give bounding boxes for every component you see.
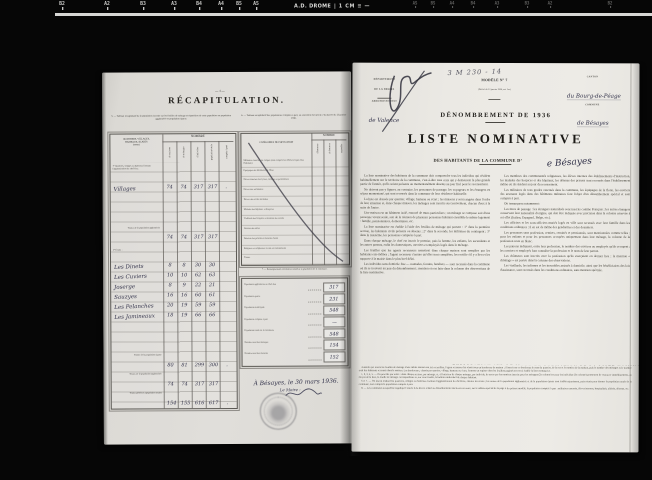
- dotted-leader: [308, 342, 321, 349]
- film-ruler: B2A2B3A3B4A4B5A5 A.D. DROME | 1 CM ≡ — A…: [0, 0, 652, 17]
- paragraph: Une maison est un bâtiment isolé, entour…: [360, 211, 490, 224]
- column-header: d'individus: [190, 141, 204, 162]
- column-header: comptés à part: [218, 141, 233, 162]
- microfilm-scan-viewport: B2A2B3A3B4A4B5A5 A.D. DROME | 1 CM ≡ — A…: [0, 0, 652, 480]
- ruler-tick-label-faint: B3: [525, 1, 530, 6]
- handwritten-slash: [241, 133, 349, 265]
- ruler-tick-label: A2: [104, 1, 110, 6]
- paragraph: Dans chaque ménage, le chef est inscrit …: [360, 239, 490, 248]
- liste-nominative-title: LISTE NOMINATIVE: [352, 131, 639, 148]
- divider: [479, 164, 511, 165]
- dotted-leader: [308, 295, 321, 302]
- subtotal-row: 74 74 317 317: [111, 232, 234, 243]
- paragraph: Les militaires de tous grades casernés d…: [500, 188, 630, 201]
- paragraph: Aussitôt que toutes les feuilles de ména…: [359, 366, 632, 373]
- dotted-leader: [308, 307, 321, 314]
- ruler-tick-label-faint: A4: [450, 1, 455, 6]
- ruler-tick-label-faint: A5: [413, 1, 418, 6]
- village-row: Villages 74 74 317 317 .: [111, 182, 234, 193]
- totals-row: Totaux de la population agglomérée 74 74…: [112, 370, 235, 390]
- dotted-leader: [308, 353, 321, 360]
- ruler-tick-label: A5: [253, 1, 259, 6]
- instructions-column-1: La liste nominative des habitants de la …: [360, 174, 490, 355]
- explanation-heading: EXPLICATION SUR LE MODE DE FORMATION DE …: [352, 358, 639, 366]
- paragraph: La liste est dressée par quartier, villa…: [360, 197, 490, 210]
- paragraph: 6 et 7. — On inscrit d'abord les quartie…: [359, 379, 632, 386]
- ruler-tick-label: B3: [140, 1, 146, 6]
- dotted-leader: [308, 318, 321, 325]
- left-page-recapitulation: — 4 — RÉCAPITULATION. 5. — Tableau récap…: [102, 71, 353, 444]
- ruler-tick-label-faint: A2: [548, 1, 553, 6]
- section6-caption: 6. — Tableau récapitulatif des populatio…: [240, 113, 347, 131]
- hamlet-row: Les Cuviers 10 10 62 63: [111, 270, 234, 281]
- hamlet-row: Sauzyes 16 16 60 61: [111, 290, 234, 301]
- value-box: 317: [323, 282, 345, 293]
- paragraph: 1, 2, 3, 4, 5. — On procède par ordre : …: [359, 373, 632, 380]
- divider: [488, 99, 500, 100]
- mairie-stamp: [260, 393, 297, 430]
- summary-row: Population éparse 231: [244, 293, 345, 305]
- ruler-tick-label-faint: B4: [471, 1, 476, 6]
- hamlet-row: Joserge 8 9 22 21: [111, 280, 234, 291]
- commune-name-handwritten: e Bésayes: [547, 156, 593, 169]
- census-year-title: DÉNOMBREMENT DE 1936: [352, 112, 639, 120]
- paragraph: Les feuilles que les agents recenseurs r…: [360, 248, 490, 261]
- paragraph: La liste nominative des habitants de la …: [360, 174, 490, 187]
- value-box: 152: [323, 351, 345, 362]
- vu-flourish-mark: [378, 66, 458, 136]
- value-box: 231: [323, 293, 345, 304]
- liste-subtitle: DES HABITANTS DE LA COMMUNE D’e Bésayes: [352, 150, 639, 169]
- section6-table: CATÉGORIES DE POPULATION NOMBRE d'hommes…: [240, 132, 350, 266]
- paragraph: Les officiers et les sous-officiers mari…: [500, 221, 630, 230]
- paragraph: 8. — Les communes auxquelles s'applique …: [359, 386, 632, 390]
- canton-commune-block: CANTON du Bourg-de-Péage COMMUNE de Bésa…: [550, 75, 634, 130]
- summary-row: Population municipale 548: [244, 305, 345, 317]
- hamlet-row: Les Jamineaux 18 19 66 66: [111, 310, 234, 321]
- paragraph: La liste nominative est établie à l'aide…: [360, 225, 490, 238]
- hamlet-row: Les Pelanches 20 19 59 59: [111, 300, 234, 311]
- ruler-tick-label: B2: [59, 1, 65, 6]
- totals-row: Totaux de la population éparse 80 81 299…: [111, 351, 234, 371]
- canton-handwritten: du Bourg-de-Péage: [567, 93, 621, 100]
- value-box: —: [323, 317, 345, 328]
- instructions-column-2: Les membres des communautés religieuses,…: [500, 174, 630, 355]
- paragraph: Les individus sans domicile fixe — nomad…: [360, 262, 490, 275]
- ruler-tick-label-faint: B5: [431, 1, 436, 6]
- totals-row: Totaux généraux (population totale) 154 …: [112, 389, 235, 409]
- section7-table: Population agglomérée au chef-lieu 317 P…: [241, 277, 348, 367]
- section5-table: QUARTIERS, VILLAGES, HAMEAUX, ÉCARTS (no…: [109, 133, 237, 410]
- paragraph: Les patrons indiquent, outre leur profes…: [500, 244, 630, 253]
- value-box: 154: [323, 340, 345, 351]
- film-edge-line: [55, 13, 652, 16]
- paragraph: Les titres de passage : les étrangers na…: [500, 207, 630, 220]
- totals-rows: Totaux de la population éparse 80 81 299…: [111, 351, 234, 409]
- paragraph: Les membres des communautés religieuses,…: [500, 174, 630, 187]
- ruler-tick-label: A3: [171, 1, 177, 6]
- paragraph: Ne doivent pas y figurer, au contraire, …: [360, 188, 490, 197]
- right-page-liste-nominative: 3 M 230 - 14 DÉPARTEMENT DE LA DROME ARR…: [351, 63, 639, 453]
- ruler-tick-label: B4: [196, 1, 202, 6]
- summary-row: Nombre total des ménages 154: [244, 339, 345, 351]
- divider: [485, 122, 505, 123]
- column-header: population totale: [204, 141, 218, 162]
- summary-row: Nombre total des maisons 152: [244, 351, 345, 363]
- paragraph: On remarquera notamment :: [500, 202, 630, 207]
- ruler-tick-label: B5: [236, 1, 242, 6]
- section7-caption: 7. — Renseignements sommaires relatifs à…: [241, 267, 348, 277]
- commune-handwritten: de Bésayes: [577, 120, 609, 127]
- dotted-leader: [308, 284, 321, 291]
- column-header: de ménages: [176, 141, 190, 162]
- ruler-tick-label-faint: B2: [608, 1, 613, 6]
- ruler-tick-label: A4: [218, 1, 224, 6]
- ruler-scale-label: | 1 CM ≡ —: [334, 3, 370, 9]
- summary-row: Population comptée à part —: [244, 316, 345, 328]
- summary-row: Population totale de la commune 548: [244, 328, 345, 340]
- archive-agency-label: A.D. DROME: [294, 3, 331, 9]
- paragraph: Les personnes sans profession, rentiers,…: [500, 231, 630, 244]
- ruler-tick-label-faint: A3: [495, 1, 500, 6]
- paragraph: Les chômeurs sont inscrits avec la profe…: [500, 254, 630, 263]
- value-box: 548: [323, 328, 345, 339]
- value-box: 548: [323, 305, 345, 316]
- column-header: de maisons: [162, 141, 176, 162]
- dotted-leader: [308, 330, 321, 337]
- section5-rowhead: QUARTIERS, VILLAGES, HAMEAUX, ÉCARTS (no…: [110, 134, 162, 162]
- explanation-text: Aussitôt que toutes les feuilles de ména…: [359, 366, 632, 417]
- model-block: MODÈLE N° 7 (Décret du 13 janvier 1936, …: [450, 78, 538, 102]
- summary-row: Population agglomérée au chef-lieu 317: [244, 281, 345, 293]
- paragraph: Les vieillards, les infirmes et les incu…: [500, 264, 630, 273]
- section5-caption: 5. — Tableau récapitulatif de la populat…: [108, 114, 234, 132]
- hamlet-rows: Les Dinets 8 8 30 30 Les Cuviers 10 10 6…: [111, 260, 234, 321]
- hamlet-row: Les Dinets 8 8 30 30: [111, 260, 234, 271]
- recapitulation-title: RÉCAPITULATION.: [102, 94, 351, 105]
